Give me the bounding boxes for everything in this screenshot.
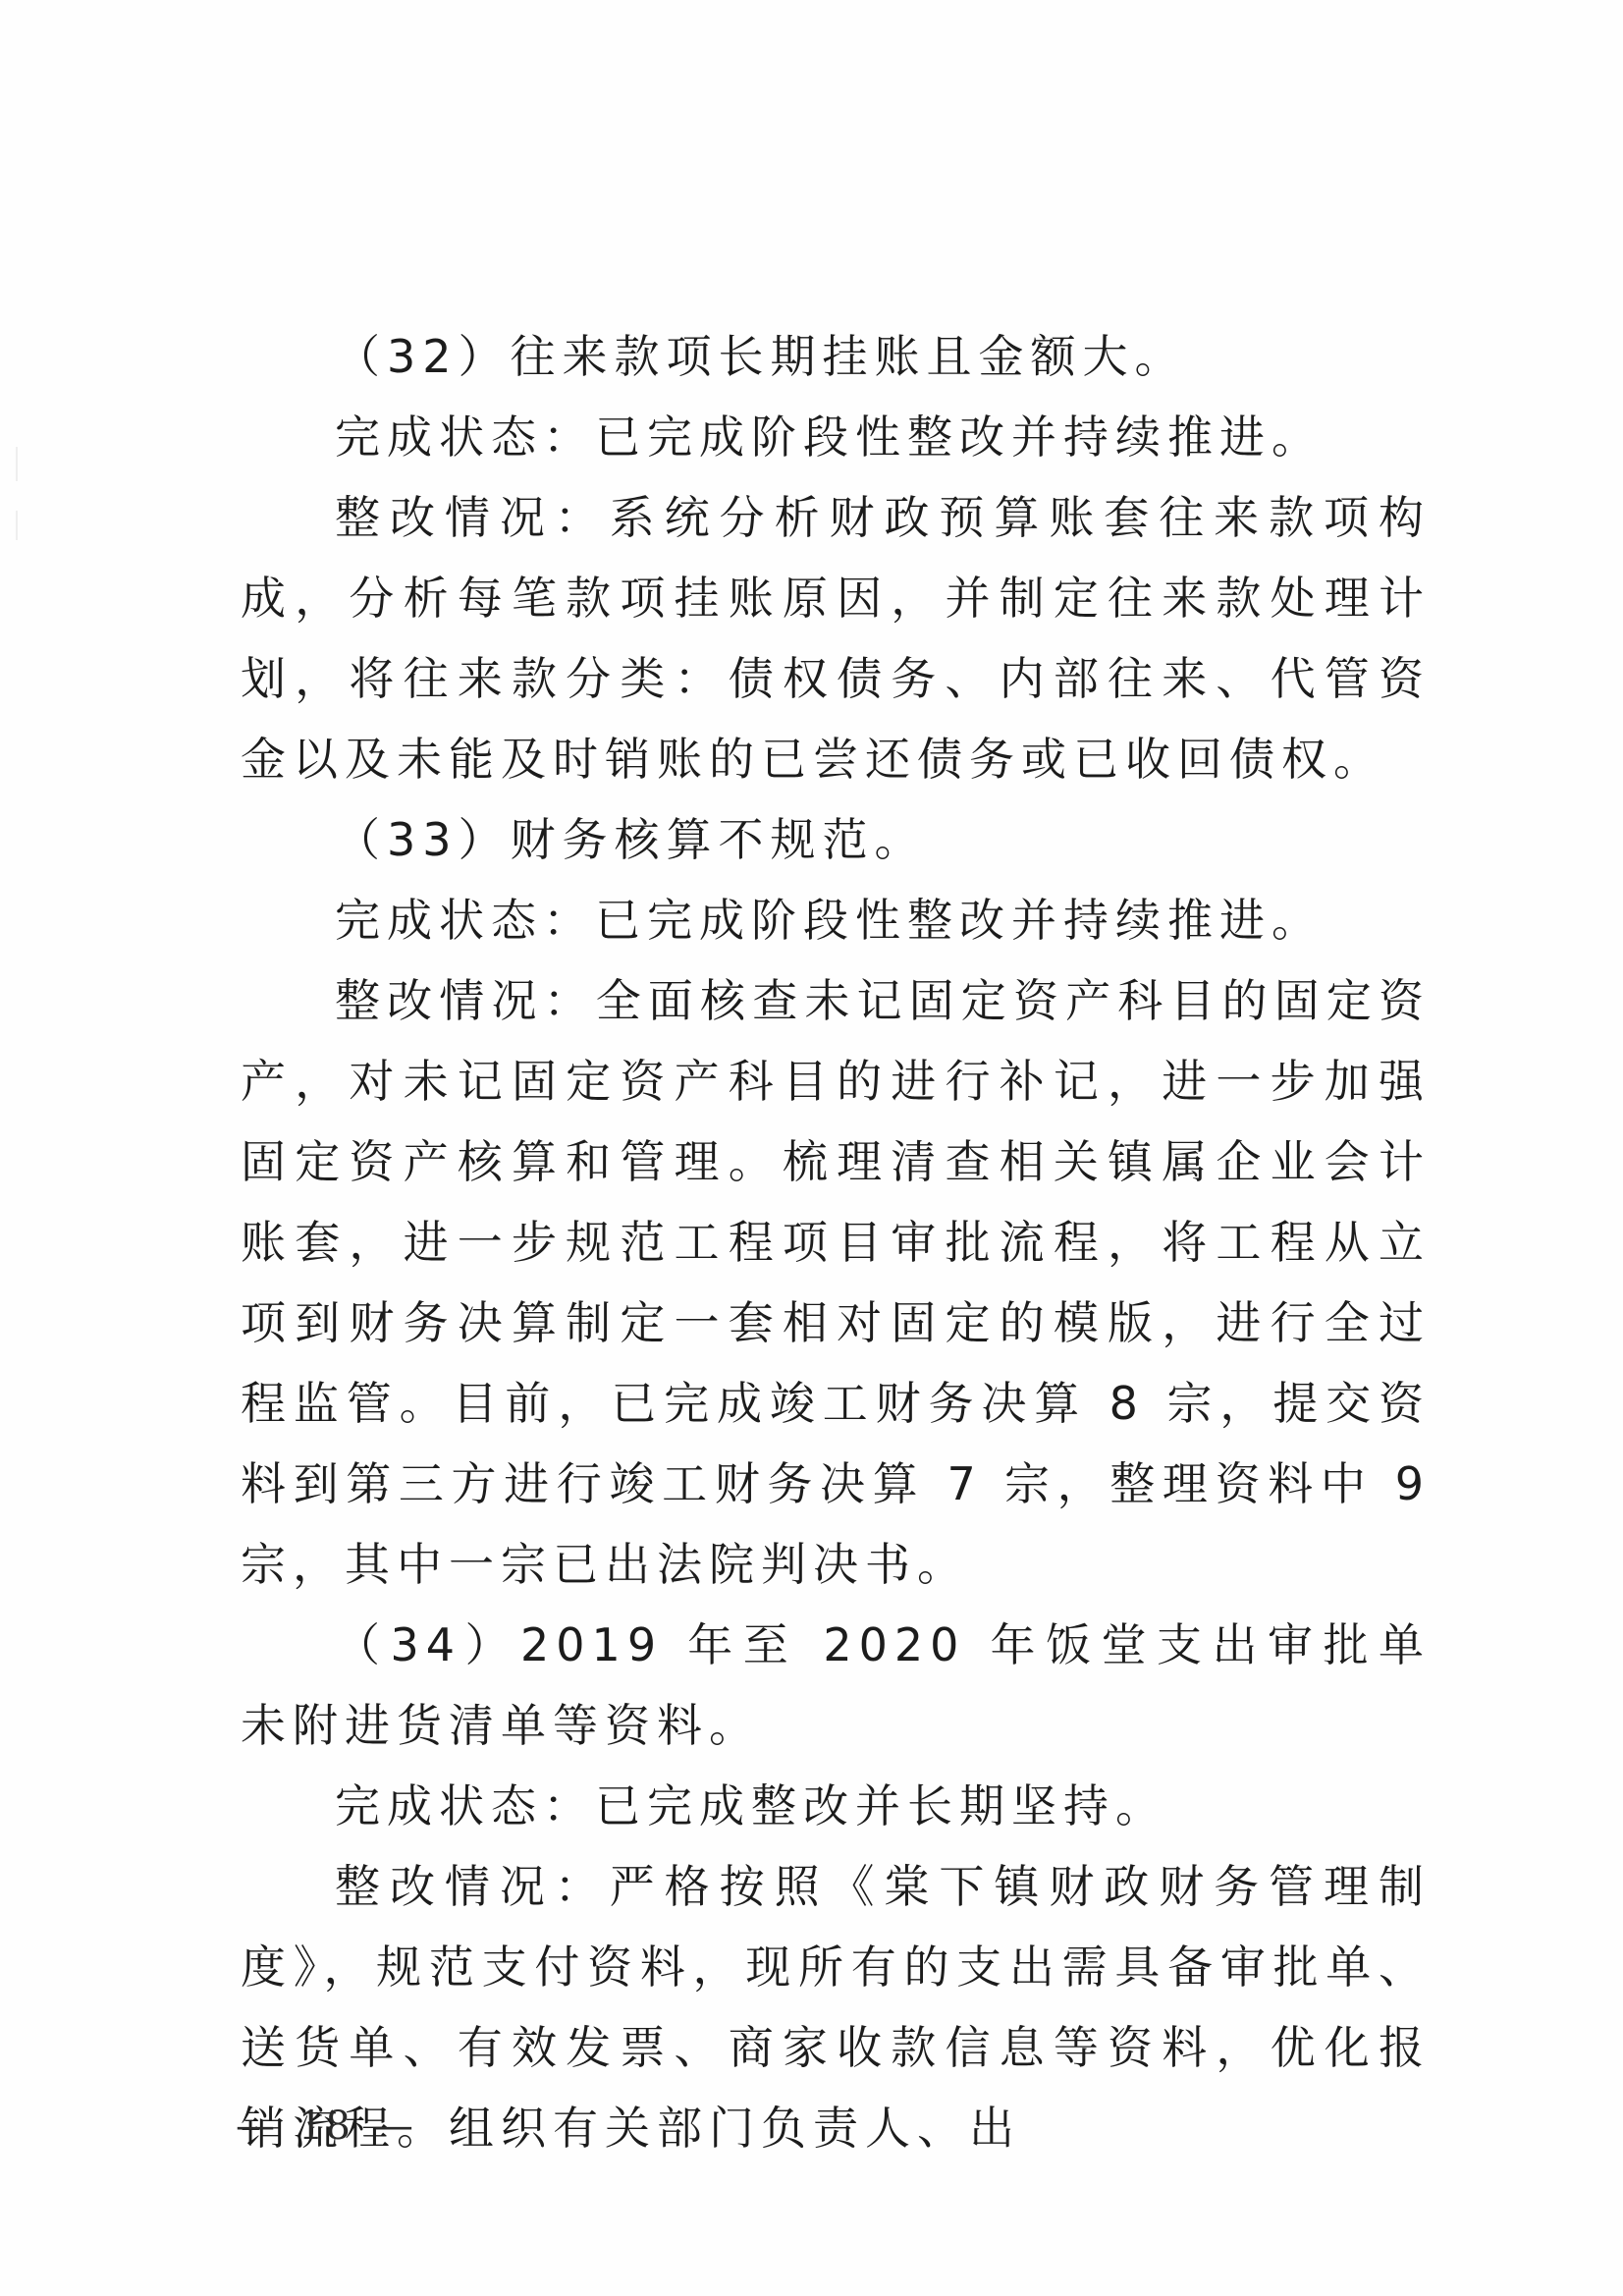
page-number-footer: —18— xyxy=(236,2102,415,2151)
scan-artifact xyxy=(16,511,18,540)
item-34-heading: （34）2019 年至 2020 年饭堂支出审批单未附进货清单等资料。 xyxy=(241,1605,1431,1766)
item-33-completion-status: 完成状态：已完成阶段性整改并持续推进。 xyxy=(241,880,1431,960)
item-32-rectification-detail: 整改情况：系统分析财政预算账套往来款项构成，分析每笔款项挂账原因，并制定往来款处… xyxy=(241,477,1431,799)
page-number-dash-right: — xyxy=(374,2102,415,2151)
item-33-rectification-detail: 整改情况：全面核查未记固定资产科目的固定资产，对未记固定资产科目的进行补记，进一… xyxy=(241,960,1431,1605)
page-number-dash-left: — xyxy=(236,2102,277,2151)
item-32-heading: （32）往来款项长期挂账且金额大。 xyxy=(241,316,1431,397)
scan-artifact xyxy=(16,447,18,481)
item-33-heading: （33）财务核算不规范。 xyxy=(241,799,1431,880)
document-page: （32）往来款项长期挂账且金额大。 完成状态：已完成阶段性整改并持续推进。 整改… xyxy=(0,0,1623,2296)
item-32-completion-status: 完成状态：已完成阶段性整改并持续推进。 xyxy=(241,397,1431,477)
item-34-rectification-detail: 整改情况：严格按照《棠下镇财政财务管理制度》，规范支付资料，现所有的支出需具备审… xyxy=(241,1846,1431,2168)
document-body: （32）往来款项长期挂账且金额大。 完成状态：已完成阶段性整改并持续推进。 整改… xyxy=(241,316,1431,2168)
page-number: 18 xyxy=(298,2102,352,2151)
item-34-completion-status: 完成状态：已完成整改并长期坚持。 xyxy=(241,1766,1431,1846)
